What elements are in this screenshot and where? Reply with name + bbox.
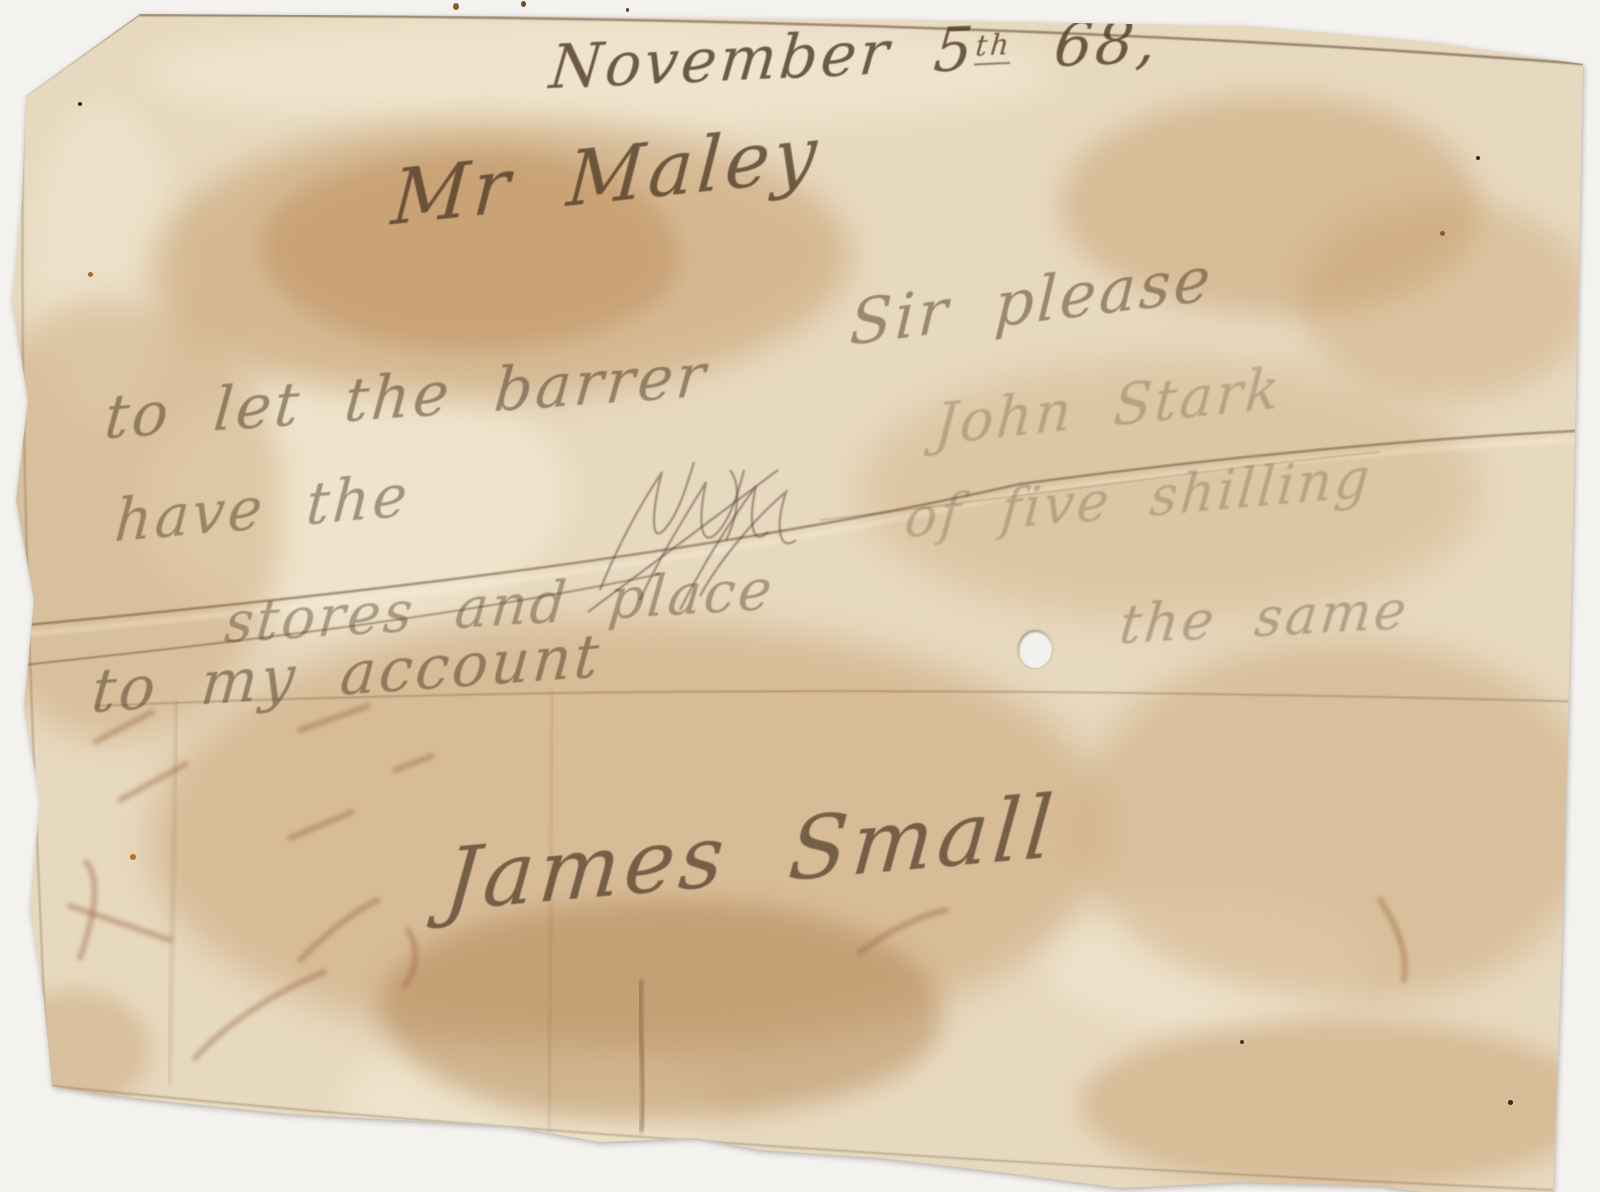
paper-bottom-edge: [52, 1086, 1553, 1190]
paper-left-edge: [22, 96, 48, 1086]
ink-speck: [130, 854, 136, 860]
ink-speck: [78, 102, 82, 106]
ink-speck: [1440, 231, 1445, 236]
ink-speck: [1240, 1040, 1244, 1044]
date-year: 68,: [1008, 6, 1162, 83]
body-line-3-faint: the same: [1117, 583, 1411, 653]
date-ordinal: th: [974, 26, 1014, 65]
scanned-document: November 5th 68, Mr Maley Sir please to …: [0, 0, 1600, 1192]
punch-hole: [1018, 630, 1052, 668]
ink-speck: [1508, 1100, 1513, 1105]
vertical-crease: [169, 700, 177, 1085]
paper-sheet-wrapper: November 5th 68, Mr Maley Sir please to …: [0, 0, 1600, 1192]
ink-speck: [88, 272, 93, 277]
paper-corner-cut-edge: [24, 14, 140, 96]
dark-streak: [640, 980, 644, 1132]
paper-sheet: November 5th 68, Mr Maley Sir please to …: [0, 0, 1600, 1192]
ink-speck: [1476, 156, 1480, 160]
